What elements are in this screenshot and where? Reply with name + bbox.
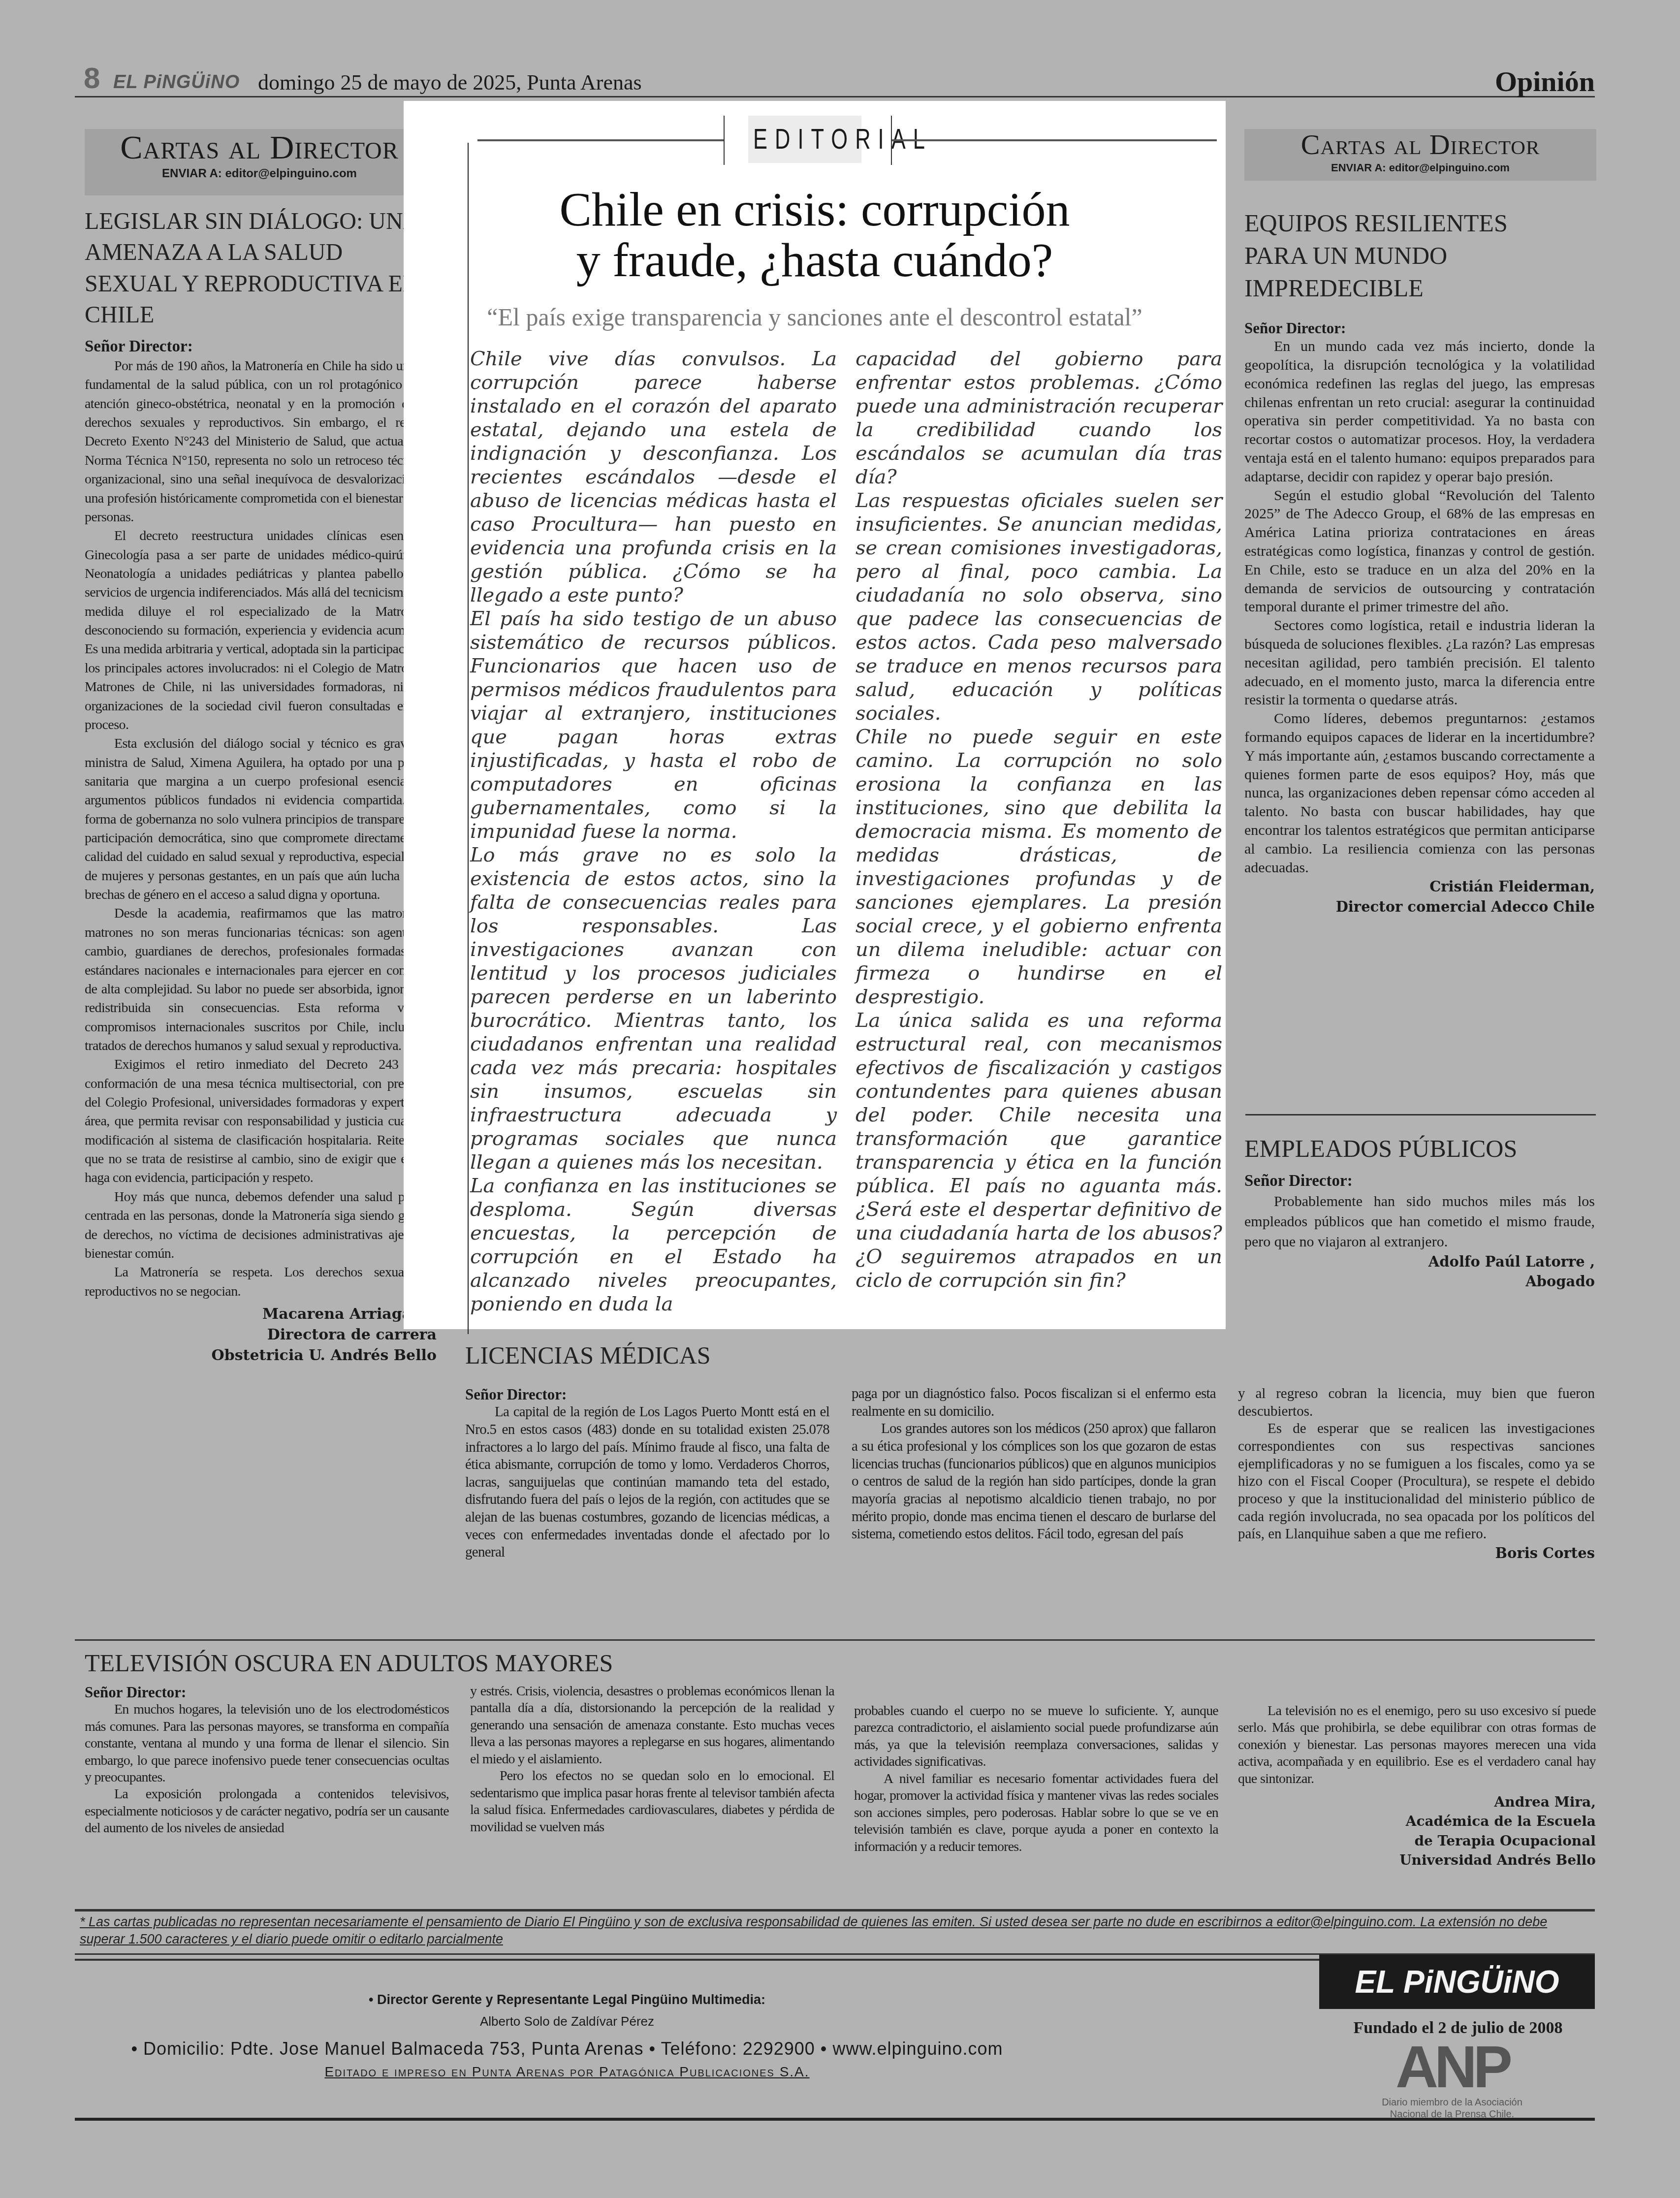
director-label: • Director Gerente y Representante Legal…: [75, 1992, 1059, 2007]
divider: [1245, 1114, 1596, 1115]
editorial-title: Chile en crisis: corrupción y fraude, ¿h…: [404, 185, 1226, 286]
letter-body: Por más de 190 años, la Matronería en Ch…: [85, 357, 437, 1301]
signature: Andrea Mira, Académica de la Escuela de …: [1238, 1792, 1596, 1870]
page-number: 8: [84, 61, 100, 95]
letter-legislar: LEGISLAR SIN DIÁLOGO: UNA AMENAZA A LA S…: [85, 206, 437, 1366]
editorial-box: EDITORIAL Chile en crisis: corrupción y …: [404, 101, 1226, 1329]
paragraph: Como líderes, debemos preguntarnos: ¿est…: [1244, 709, 1595, 877]
letter-body: En un mundo cada vez más incierto, donde…: [1244, 337, 1595, 877]
paragraph: Las respuestas oficiales suelen ser insu…: [856, 489, 1222, 725]
letter-body: Probablemente han sido muchos miles más …: [1244, 1191, 1595, 1252]
paragraph: Es de esperar que se realicen las invest…: [1238, 1420, 1595, 1543]
director-name: Alberto Solo de Zaldívar Pérez: [75, 2014, 1059, 2029]
paragraph: Lo más grave no es solo la existencia de…: [470, 843, 837, 1174]
signature: Adolfo Paúl Latorre , Abogado: [1244, 1252, 1595, 1292]
letter-greeting: Señor Director:: [85, 1683, 449, 1701]
divider: [724, 116, 725, 165]
paragraph: Exigimos el retiro inmediato del Decreto…: [85, 1055, 437, 1188]
paragraph: Por más de 190 años, la Matronería en Ch…: [85, 357, 437, 527]
letter-greeting: Señor Director:: [1244, 319, 1595, 337]
disclaimer: * Las cartas publicadas no representan n…: [75, 1909, 1595, 1950]
editorial-label-bar: EDITORIAL: [468, 116, 1221, 165]
paragraph: capacidad del gobierno para enfrentar es…: [856, 347, 1222, 489]
letter-greeting: Señor Director:: [85, 337, 437, 357]
paragraph: El país ha sido testigo de un abuso sist…: [470, 607, 837, 843]
paragraph: probables cuando el cuerpo no se mueve l…: [854, 1703, 1218, 1771]
paragraph: En un mundo cada vez más incierto, donde…: [1244, 337, 1595, 486]
television-column-4: La televisión no es el enemigo, pero su …: [1238, 1703, 1596, 1870]
masthead: 8 EL PiNGÜiNO domingo 25 de mayo de 2025…: [75, 64, 1595, 97]
television-column-2: y estrés. Crisis, violencia, desastres o…: [470, 1683, 834, 1836]
editorial-column-2: capacidad del gobierno para enfrentar es…: [856, 347, 1222, 1292]
letter-empleados: EMPLEADOS PÚBLICOS Señor Director: Proba…: [1244, 1132, 1595, 1292]
cartas-title: Cartas al Director: [85, 129, 434, 166]
cartas-title: Cartas al Director: [1244, 129, 1596, 160]
footer-brand-logo: EL PiNGÜiNO: [1319, 1955, 1595, 2009]
television-column-3: probables cuando el cuerpo no se mueve l…: [854, 1703, 1218, 1855]
signature: Boris Cortes: [1238, 1543, 1595, 1563]
letter-headline: TELEVISIÓN OSCURA EN ADULTOS MAYORES: [85, 1647, 1596, 1679]
paragraph: Esta exclusión del diálogo social y técn…: [85, 734, 437, 904]
licencias-column-1: Señor Director: La capital de la región …: [465, 1385, 829, 1561]
signature: Cristián Fleiderman, Director comercial …: [1244, 877, 1595, 917]
section-title: Opinión: [1495, 65, 1595, 98]
editorial-subtitle: “El país exige transparencia y sanciones…: [404, 303, 1226, 331]
divider: [892, 139, 1217, 141]
address-line: • Domicilio: Pdte. Jose Manuel Balmaceda…: [75, 2039, 1059, 2059]
paragraph: A nivel familiar es necesario fomentar a…: [854, 1771, 1218, 1855]
cartas-header-right: Cartas al Director ENVIAR A: editor@elpi…: [1244, 129, 1596, 181]
letter-headline: LEGISLAR SIN DIÁLOGO: UNA AMENAZA A LA S…: [85, 206, 429, 330]
letter-equipos: EQUIPOS RESILIENTES PARA UN MUNDO IMPRED…: [1244, 207, 1595, 917]
paragraph: y al regreso cobran la licencia, muy bie…: [1238, 1385, 1595, 1420]
letter-headline: EQUIPOS RESILIENTES PARA UN MUNDO IMPRED…: [1244, 207, 1559, 304]
paragraph: Los grandes autores son los médicos (250…: [852, 1420, 1216, 1543]
paragraph: La capital de la región de Los Lagos Pue…: [465, 1403, 829, 1561]
letter-licencias: LICENCIAS MÉDICAS Señor Director: La cap…: [465, 1339, 1595, 1641]
licencias-column-3: y al regreso cobran la licencia, muy bie…: [1238, 1385, 1595, 1563]
letter-headline: LICENCIAS MÉDICAS: [465, 1339, 1595, 1371]
letter-greeting: Señor Director:: [465, 1385, 829, 1403]
dateline: domingo 25 de mayo de 2025, Punta Arenas: [258, 70, 642, 95]
send-to-email[interactable]: ENVIAR A: editor@elpinguino.com: [1244, 161, 1596, 174]
paragraph: La televisión no es el enemigo, pero su …: [1238, 1703, 1596, 1787]
brand-logo: EL PiNGÜiNO: [113, 72, 240, 93]
paragraph: La Matronería se respeta. Los derechos s…: [85, 1263, 437, 1301]
divider: [75, 1639, 1595, 1641]
colophon: • Director Gerente y Representante Legal…: [75, 1953, 1595, 2121]
signature: Macarena Arriagada, Directora de carrera…: [85, 1304, 437, 1366]
cartas-header-left: Cartas al Director ENVIAR A: editor@elpi…: [85, 129, 434, 195]
letter-greeting: Señor Director:: [1244, 1172, 1595, 1191]
paragraph: Probablemente han sido muchos miles más …: [1244, 1191, 1595, 1252]
send-to-email[interactable]: ENVIAR A: editor@elpinguino.com: [85, 167, 434, 181]
editorial-column-1: Chile vive días convulsos. La corrupción…: [470, 347, 837, 1316]
divider: [75, 1959, 1319, 1961]
paragraph: El decreto reestructura unidades clínica…: [85, 527, 437, 734]
paragraph: Desde la academia, reafirmamos que las m…: [85, 904, 437, 1055]
anp-logo-icon: ANP: [1378, 2038, 1526, 2097]
anp-member-badge: ANP Diario miembro de la Asociación Naci…: [1378, 2038, 1526, 2120]
letter-headline: EMPLEADOS PÚBLICOS: [1244, 1132, 1595, 1165]
paragraph: La única salida es una reforma estructur…: [856, 1009, 1222, 1292]
paragraph: Pero los efectos no se quedan solo en lo…: [470, 1768, 834, 1836]
letter-television: TELEVISIÓN OSCURA EN ADULTOS MAYORES Señ…: [85, 1647, 1596, 1929]
paragraph: En muchos hogares, la televisión uno de …: [85, 1701, 449, 1786]
paragraph: y estrés. Crisis, violencia, desastres o…: [470, 1683, 834, 1768]
printed-by: Editado e impreso en Punta Arenas por Pa…: [75, 2064, 1059, 2080]
licencias-column-2: paga por un diagnóstico falso. Pocos fis…: [852, 1385, 1216, 1543]
paragraph: Sectores como logística, retail e indust…: [1244, 616, 1595, 709]
television-column-1: Señor Director: En muchos hogares, la te…: [85, 1683, 449, 1837]
divider: [477, 139, 724, 141]
paragraph: Chile vive días convulsos. La corrupción…: [470, 347, 837, 607]
paragraph: paga por un diagnóstico falso. Pocos fis…: [852, 1385, 1216, 1420]
paragraph: Chile no puede seguir en este camino. La…: [856, 725, 1222, 1009]
paragraph: La exposición prolongada a contenidos te…: [85, 1786, 449, 1837]
paragraph: Hoy más que nunca, debemos defender una …: [85, 1188, 437, 1263]
paragraph: Según el estudio global “Revolución del …: [1244, 486, 1595, 617]
paragraph: La confianza en las instituciones se des…: [470, 1174, 837, 1316]
